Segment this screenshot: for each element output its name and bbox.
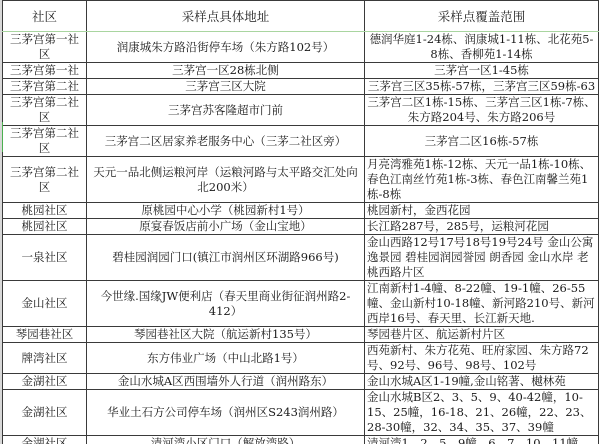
header-row: 社区 采样点具体地址 采样点覆盖范围 — [3, 1, 599, 32]
header-community[interactable]: 社区 — [3, 1, 87, 32]
address-cell[interactable]: 三茅宫一区28栋北侧 — [87, 63, 365, 79]
table-row: 三茅宫第二社区三茅宫二区居家养老服务中心（三茅二社区旁）三茅宫二区16栋-57栋 — [3, 126, 599, 157]
cell-selection-marker — [2, 122, 3, 152]
coverage-cell[interactable]: 德润华庭1-24栋、润康城1-11栋、北花苑5-8栋、香柳苑1-14栋 — [365, 32, 599, 63]
community-cell[interactable]: 一泉社区 — [3, 235, 87, 281]
address-cell[interactable]: 三茅宫二区居家养老服务中心（三茅二社区旁） — [87, 126, 365, 157]
table-row: 桃园社区原桃园中心小学（桃园新村1号）桃园新村，金西花园 — [3, 203, 599, 219]
coverage-cell[interactable]: 清河湾1、2、5、9幢，6、7、10、11幢 — [365, 436, 599, 444]
coverage-cell[interactable]: 长江路287号，285号，运粮河花园 — [365, 219, 599, 235]
address-cell[interactable]: 碧桂园润园门口(镇江市润州区环湖路966号) — [87, 235, 365, 281]
coverage-cell[interactable]: 琴园巷片区、航运新村片区 — [365, 327, 599, 343]
table-row: 一泉社区碧桂园润园门口(镇江市润州区环湖路966号)金山西路12号17号18号1… — [3, 235, 599, 281]
table-row: 三茅宫第二社区天元一品北侧运粮河岸（运粮河路与太平路交汇处向北200米）月亮湾雅… — [3, 157, 599, 203]
table-row: 琴园巷社区琴园巷社区大院（航运新村135号）琴园巷片区、航运新村片区 — [3, 327, 599, 343]
coverage-cell[interactable]: 桃园新村，金西花园 — [365, 203, 599, 219]
address-cell[interactable]: 金山水城A区西围墙外人行道（润州路东） — [87, 374, 365, 390]
coverage-cell[interactable]: 金山西路12号17号18号19号24号 金山公寓 逸景园 碧桂园润园誉园 朗香园… — [365, 235, 599, 281]
sampling-points-table: 社区 采样点具体地址 采样点覆盖范围 三茅宫第一社区润康城朱方路沿街停车场（朱方… — [2, 0, 599, 444]
address-cell[interactable]: 琴园巷社区大院（航运新村135号） — [87, 327, 365, 343]
coverage-cell[interactable]: 西苑新村、朱方花苑、旺府家园、朱方路72号、92号、96号、98号、102号 — [365, 343, 599, 374]
table-row: 金湖社区金山水城A区西围墙外人行道（润州路东）金山水城A区1-19幢,金山铭著、… — [3, 374, 599, 390]
table-body: 三茅宫第一社区润康城朱方路沿街停车场（朱方路102号）德润华庭1-24栋、润康城… — [3, 32, 599, 444]
table-row: 金湖社区清河湾小区门口（解放湾路）清河湾1、2、5、9幢，6、7、10、11幢 — [3, 436, 599, 444]
community-cell[interactable]: 桃园社区 — [3, 219, 87, 235]
table-row: 三茅宫第二社三茅宫三区大院三茅宫三区35栋-57栋，三茅宫三区59栋-63 — [3, 79, 599, 95]
address-cell[interactable]: 原桃园中心小学（桃园新村1号） — [87, 203, 365, 219]
community-cell[interactable]: 金湖社区 — [3, 374, 87, 390]
table-row: 三茅宫第二社区三茅宫苏客隆超市门前三茅宫二区1栋-15栋、三茅宫三区1栋-7栋、… — [3, 95, 599, 126]
community-cell[interactable]: 三茅宫第二社 — [3, 79, 87, 95]
coverage-cell[interactable]: 三茅宫三区35栋-57栋，三茅宫三区59栋-63 — [365, 79, 599, 95]
coverage-cell[interactable]: 三茅宫一区1-45栋 — [365, 63, 599, 79]
community-cell[interactable]: 三茅宫第一社 — [3, 63, 87, 79]
table-row: 金湖社区华业土石方公司停车场（润州区S243润州路）金山水城B区2、3、5、9、… — [3, 390, 599, 436]
community-cell[interactable]: 三茅宫第二社区 — [3, 157, 87, 203]
community-cell[interactable]: 金湖社区 — [3, 436, 87, 444]
header-address[interactable]: 采样点具体地址 — [87, 1, 365, 32]
table-row: 桃园社区原宴春饭店前小广场（金山宝地）长江路287号，285号，运粮河花园 — [3, 219, 599, 235]
table-row: 三茅宫第一社区润康城朱方路沿街停车场（朱方路102号）德润华庭1-24栋、润康城… — [3, 32, 599, 63]
community-cell[interactable]: 金湖社区 — [3, 390, 87, 436]
coverage-cell[interactable]: 三茅宫二区1栋-15栋、三茅宫三区1栋-7栋、朱方路204号、朱方路206号 — [365, 95, 599, 126]
coverage-cell[interactable]: 三茅宫二区16栋-57栋 — [365, 126, 599, 157]
coverage-cell[interactable]: 金山水城B区2、3、5、9、40-42幢，10-15、25幢，16-18、21、… — [365, 390, 599, 436]
address-cell[interactable]: 今世缘.国缘JW便利店（春天里商业街征润州路2-412） — [87, 281, 365, 327]
address-cell[interactable]: 天元一品北侧运粮河岸（运粮河路与太平路交汇处向北200米） — [87, 157, 365, 203]
table-row: 牌湾社区东方伟业广场（中山北路1号）西苑新村、朱方花苑、旺府家园、朱方路72号、… — [3, 343, 599, 374]
community-cell[interactable]: 琴园巷社区 — [3, 327, 87, 343]
address-cell[interactable]: 润康城朱方路沿街停车场（朱方路102号） — [87, 32, 365, 63]
community-cell[interactable]: 金山社区 — [3, 281, 87, 327]
header-coverage[interactable]: 采样点覆盖范围 — [365, 1, 599, 32]
address-cell[interactable]: 三茅宫苏客隆超市门前 — [87, 95, 365, 126]
community-cell[interactable]: 牌湾社区 — [3, 343, 87, 374]
address-cell[interactable]: 华业土石方公司停车场（润州区S243润州路） — [87, 390, 365, 436]
coverage-cell[interactable]: 月亮湾雅苑1栋-12栋、天元一品1栋-10栋、春色江南丝竹苑1栋-3栋、春色江南… — [365, 157, 599, 203]
address-cell[interactable]: 东方伟业广场（中山北路1号） — [87, 343, 365, 374]
coverage-cell[interactable]: 金山水城A区1-19幢,金山铭著、樾林苑 — [365, 374, 599, 390]
table-row: 金山社区今世缘.国缘JW便利店（春天里商业街征润州路2-412）江南新村1-4幢… — [3, 281, 599, 327]
address-cell[interactable]: 原宴春饭店前小广场（金山宝地） — [87, 219, 365, 235]
table-row: 三茅宫第一社三茅宫一区28栋北侧三茅宫一区1-45栋 — [3, 63, 599, 79]
address-cell[interactable]: 三茅宫三区大院 — [87, 79, 365, 95]
community-cell[interactable]: 三茅宫第一社区 — [3, 32, 87, 63]
address-cell[interactable]: 清河湾小区门口（解放湾路） — [87, 436, 365, 444]
spreadsheet-view: 社区 采样点具体地址 采样点覆盖范围 三茅宫第一社区润康城朱方路沿街停车场（朱方… — [0, 0, 600, 444]
community-cell[interactable]: 三茅宫第二社区 — [3, 126, 87, 157]
coverage-cell[interactable]: 江南新村1-4幢、8-22幢、19-1幢、26-55幢、金山新村10-18幢、新… — [365, 281, 599, 327]
community-cell[interactable]: 桃园社区 — [3, 203, 87, 219]
community-cell[interactable]: 三茅宫第二社区 — [3, 95, 87, 126]
